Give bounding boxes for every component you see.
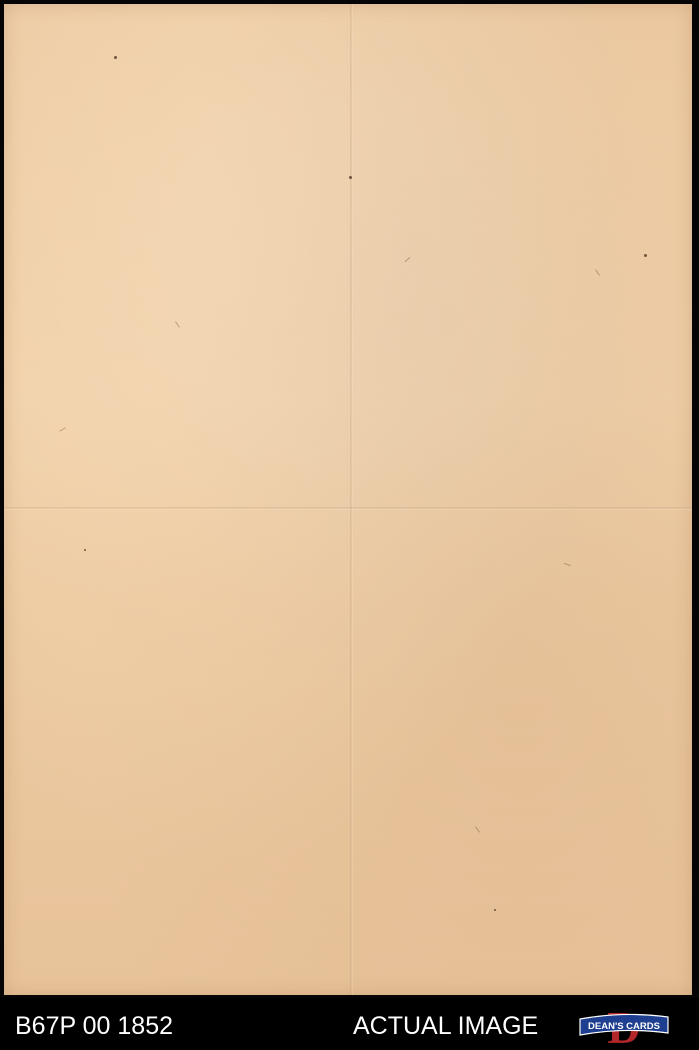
paper-speck bbox=[349, 176, 352, 179]
paper-speck bbox=[644, 254, 647, 257]
card-id-label: B67P 00 1852 bbox=[15, 1011, 173, 1041]
paper-sheet bbox=[4, 4, 692, 995]
actual-image-label: ACTUAL IMAGE bbox=[353, 1011, 538, 1041]
paper-speck bbox=[494, 909, 496, 911]
paper-fiber bbox=[595, 269, 600, 275]
vertical-fold-line bbox=[350, 4, 353, 995]
paper-fiber bbox=[564, 563, 571, 566]
paper-speck bbox=[84, 549, 86, 551]
paper-fiber bbox=[175, 321, 180, 327]
scan-area bbox=[0, 0, 699, 998]
paper-fiber bbox=[475, 826, 480, 832]
paper-fiber bbox=[59, 427, 66, 431]
deans-cards-logo: D DEAN'S CARDS bbox=[578, 1003, 670, 1047]
paper-speck bbox=[114, 56, 117, 59]
paper-fiber bbox=[404, 257, 410, 262]
horizontal-fold-line bbox=[4, 507, 692, 510]
logo-text: DEAN'S CARDS bbox=[588, 1021, 660, 1032]
